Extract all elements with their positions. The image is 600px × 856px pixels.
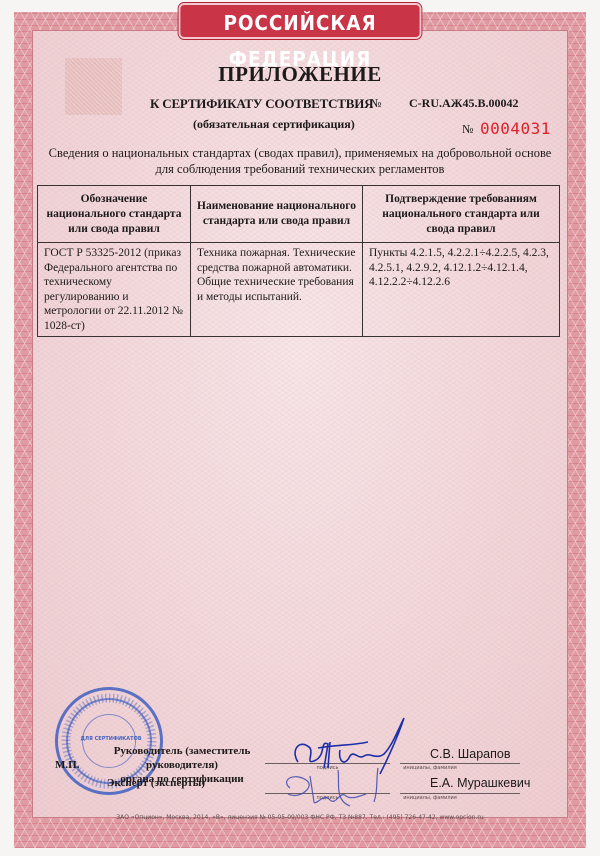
expert-signature-line <box>265 793 390 794</box>
column-header-confirmation: Подтверждение требованиям национального … <box>363 186 560 243</box>
expert-signature-caption: подпись <box>265 795 390 801</box>
column-header-designation: Обозначение национального стандарта или … <box>38 186 191 243</box>
expert-name-line <box>400 793 520 794</box>
intro-line-1: Сведения о национальных стандартах (свод… <box>40 145 560 161</box>
intro-text: Сведения о национальных стандартах (свод… <box>40 145 560 177</box>
intro-line-2: для соблюдения требований технических ре… <box>40 161 560 177</box>
standards-table: Обозначение национального стандарта или … <box>37 185 560 337</box>
head-signature-line <box>265 763 390 764</box>
seal-place-label: М.П. <box>55 759 79 771</box>
table-row: ГОСТ Р 53325-2012 (приказ Федерального а… <box>38 243 560 337</box>
number-sign: № <box>370 96 381 111</box>
head-signature-caption: подпись <box>265 765 390 771</box>
blank-number-sign: № <box>462 122 473 137</box>
head-name: С.В. Шарапов <box>430 747 510 761</box>
cell-name: Техника пожарная. Технические средства п… <box>191 243 363 337</box>
document-title: ПРИЛОЖЕНИЕ <box>0 62 600 87</box>
certificate-number: C-RU.АЖ45.В.00042 <box>409 96 519 111</box>
head-label-line-1: Руководитель (заместитель руководителя) <box>92 744 272 772</box>
head-name-line <box>400 763 520 764</box>
head-name-caption: инициалы, фамилия <box>400 765 460 771</box>
cell-designation: ГОСТ Р 53325-2012 (приказ Федерального а… <box>38 243 191 337</box>
cell-confirmation: Пункты 4.2.1.5, 4.2.2.1÷4.2.2.5, 4.2.3, … <box>363 243 560 337</box>
expert-name-caption: инициалы, фамилия <box>400 795 460 801</box>
certificate-label: К СЕРТИФИКАТУ СООТВЕТСТВИЯ <box>150 96 373 112</box>
column-header-name: Наименование национального стандарта или… <box>191 186 363 243</box>
blank-serial-number: 0004031 <box>480 119 551 138</box>
table-header-row: Обозначение национального стандарта или … <box>38 186 560 243</box>
country-banner: РОССИЙСКАЯ ФЕДЕРАЦИЯ <box>179 3 422 39</box>
printer-footer: ЗАО «Опцион», Москва, 2014, «В», лицензи… <box>0 814 600 821</box>
certification-type: (обязательная сертификация) <box>193 117 355 132</box>
stamp-center-text: ДЛЯ СЕРТИФИКАТОВ <box>80 736 142 742</box>
expert-label: Эксперт (эксперты) <box>96 777 216 789</box>
expert-name: Е.А. Мурашкевич <box>430 776 530 790</box>
